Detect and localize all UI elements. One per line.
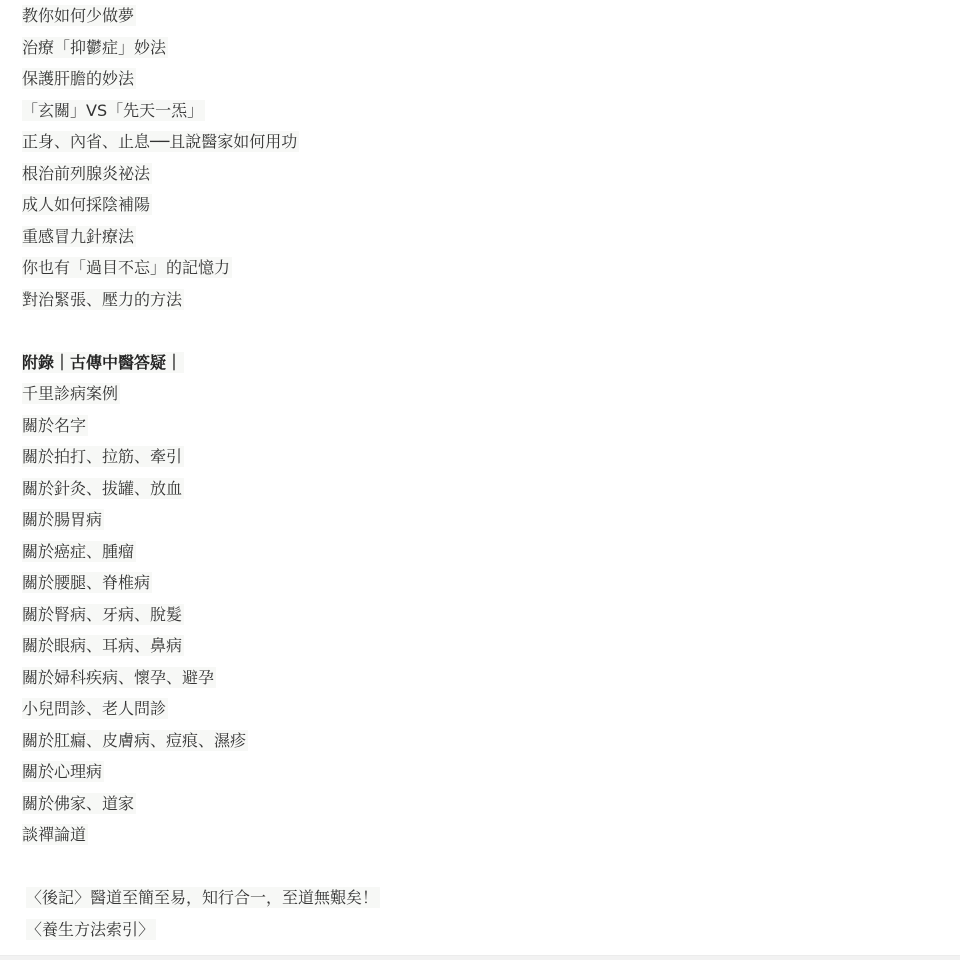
section-spacer	[22, 851, 922, 883]
table-of-contents: 教你如何少做夢 治療「抑鬱症」妙法 保護肝膽的妙法 「玄關」VS「先天一炁」 正…	[22, 0, 922, 945]
toc-item[interactable]: 關於肛瘺、皮膚病、痘痕、濕疹	[22, 725, 922, 757]
toc-item[interactable]: 千里診病案例	[22, 378, 922, 410]
toc-item[interactable]: 關於腸胃病	[22, 504, 922, 536]
toc-item-index[interactable]: 〈養生方法索引〉	[22, 914, 922, 946]
toc-item[interactable]: 對治緊張、壓力的方法	[22, 284, 922, 316]
toc-item[interactable]: 「玄關」VS「先天一炁」	[22, 95, 922, 127]
toc-item[interactable]: 正身、內省、止息──且說醫家如何用功	[22, 126, 922, 158]
toc-item[interactable]: 保護肝膽的妙法	[22, 63, 922, 95]
toc-item[interactable]: 關於婦科疾病、懷孕、避孕	[22, 662, 922, 694]
toc-item[interactable]: 你也有「過目不忘」的記憶力	[22, 252, 922, 284]
toc-item[interactable]: 關於腎病、牙病、脫髮	[22, 599, 922, 631]
appendix-heading: 附錄｜古傳中醫答疑｜	[22, 347, 922, 379]
section-appendix: 附錄｜古傳中醫答疑｜ 千里診病案例 關於名字 關於拍打、拉筋、牽引 關於針灸、拔…	[22, 347, 922, 851]
toc-item-afterword[interactable]: 〈後記〉醫道至簡至易，知行合一，至道無艱矣！	[22, 882, 922, 914]
toc-item[interactable]: 關於腰腿、脊椎病	[22, 567, 922, 599]
toc-item[interactable]: 關於眼病、耳病、鼻病	[22, 630, 922, 662]
toc-item[interactable]: 關於佛家、道家	[22, 788, 922, 820]
toc-item[interactable]: 談禪論道	[22, 819, 922, 851]
toc-item[interactable]: 治療「抑鬱症」妙法	[22, 32, 922, 64]
toc-item[interactable]: 成人如何採陰補陽	[22, 189, 922, 221]
toc-item[interactable]: 小兒問診、老人問診	[22, 693, 922, 725]
toc-item[interactable]: 關於針灸、拔罐、放血	[22, 473, 922, 505]
toc-item[interactable]: 關於癌症、腫瘤	[22, 536, 922, 568]
section-closing: 〈後記〉醫道至簡至易，知行合一，至道無艱矣！ 〈養生方法索引〉	[22, 882, 922, 945]
section-spacer	[22, 315, 922, 347]
toc-item[interactable]: 重感冒九針療法	[22, 221, 922, 253]
toc-item[interactable]: 關於心理病	[22, 756, 922, 788]
page-bottom-divider	[0, 955, 960, 960]
toc-item[interactable]: 教你如何少做夢	[22, 0, 922, 32]
toc-item[interactable]: 關於名字	[22, 410, 922, 442]
section-chapter-items: 教你如何少做夢 治療「抑鬱症」妙法 保護肝膽的妙法 「玄關」VS「先天一炁」 正…	[22, 0, 922, 315]
toc-item[interactable]: 根治前列腺炎祕法	[22, 158, 922, 190]
toc-item[interactable]: 關於拍打、拉筋、牽引	[22, 441, 922, 473]
